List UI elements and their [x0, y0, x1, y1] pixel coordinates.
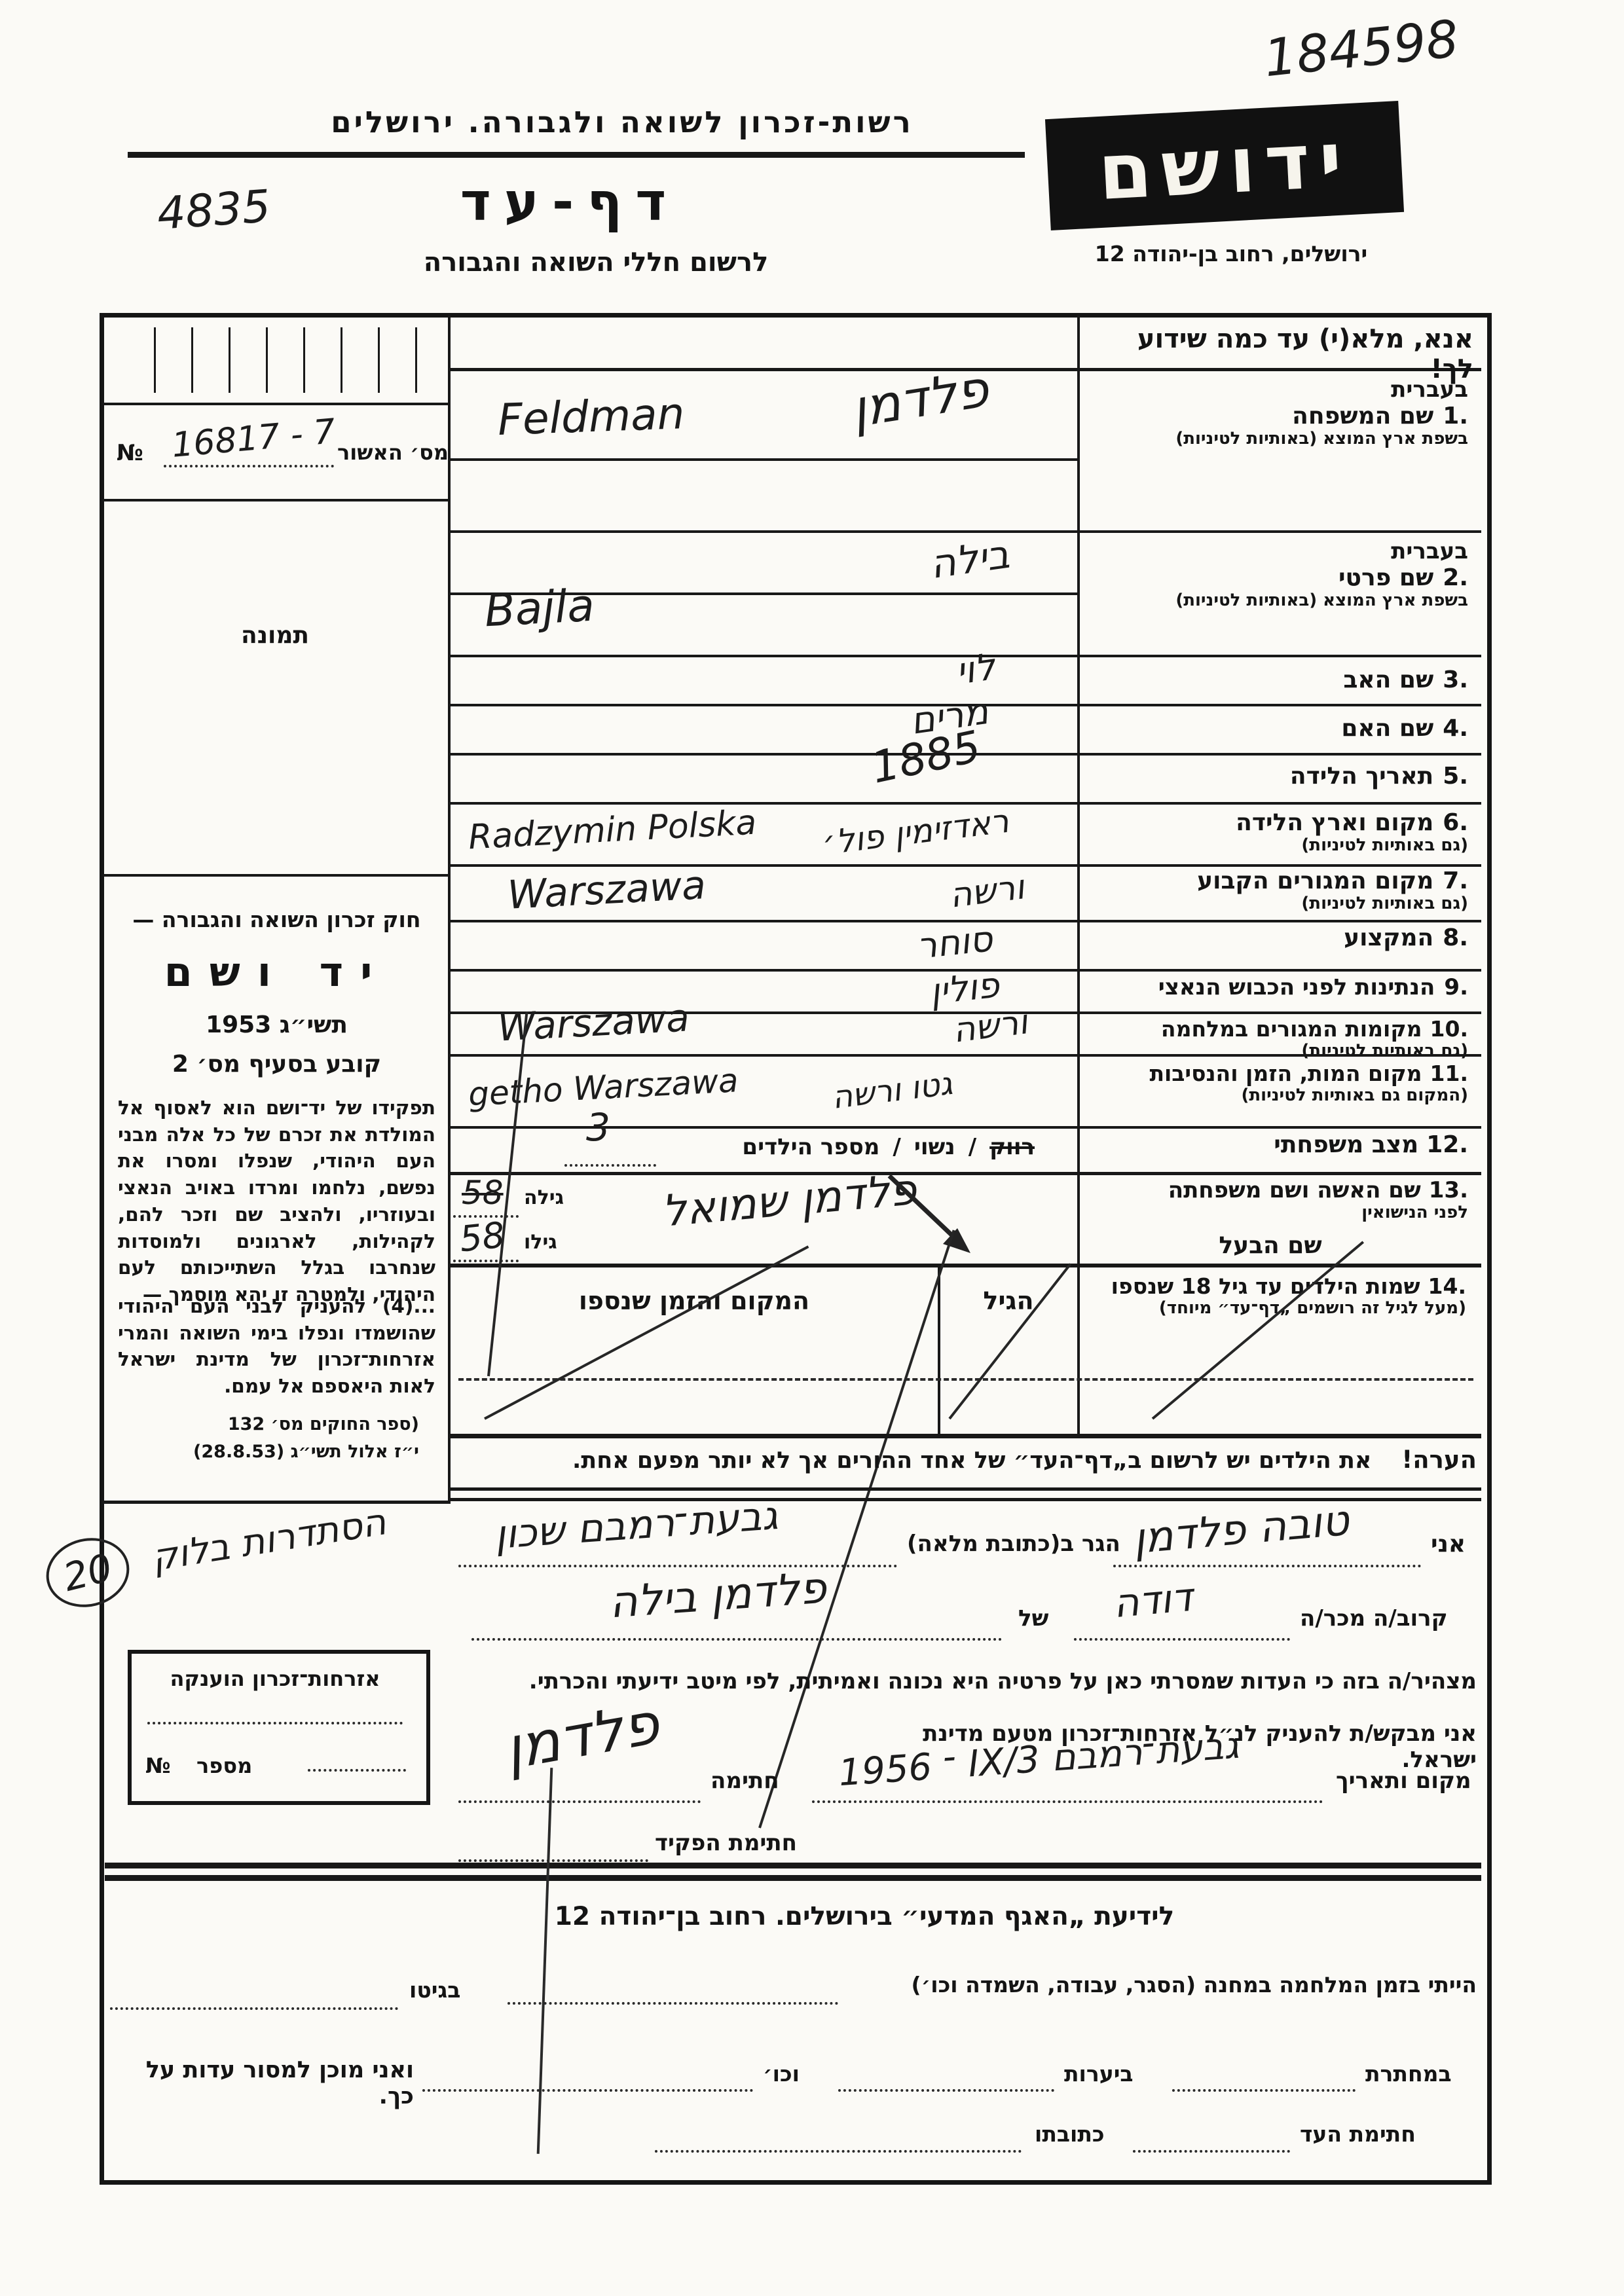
field-2-label: בעברית 2. שם פרטי בשפת ארץ המוצא (באותיו…: [1080, 538, 1479, 611]
entry-father-name: לוי: [953, 646, 998, 693]
tick-mark: [266, 327, 268, 393]
form-title: דף-עד: [432, 172, 707, 232]
witness-signature-label: חתימת העד: [1300, 2121, 1416, 2147]
field-14-title: שמות הילדים עד גיל 18 שנספו: [1111, 1273, 1420, 1299]
camp-line-label: הייתי בזמן המלחמה במחנה (הסגר, עבודה, הש…: [848, 1972, 1477, 1997]
etc-blank: [422, 2059, 753, 2092]
his-age-label: גילו: [524, 1231, 557, 1254]
her-age-label: גילה: [524, 1186, 564, 1209]
field-11-number: 11.: [1430, 1061, 1468, 1086]
etc-label: וכו׳: [763, 2061, 800, 2086]
ghetto-label: בגיטו: [409, 1977, 460, 2003]
forests-blank: [838, 2059, 1054, 2092]
field-7-label: 7. מקום המגורים הקבוע (גם באותיות לטיניו…: [1080, 867, 1479, 914]
witness-signature-blank: [1133, 2120, 1290, 2153]
law-year: תשי״ג 1953: [121, 1011, 432, 1038]
relative-label: קרוב/ה מכר/ה: [1300, 1605, 1448, 1631]
field-13-title: שם האשה ושם משפחתה: [1168, 1177, 1421, 1203]
field-1-sub: בשפת ארץ המוצא (באותיות לטיניות): [1080, 429, 1468, 449]
stamp-number-blank: [308, 1749, 406, 1772]
numero-sign: №: [117, 440, 143, 466]
entry-rule: [451, 802, 1481, 805]
table-row-separator: [458, 1378, 1473, 1381]
field-7-title: מקום המגורים הקבוע: [1197, 867, 1433, 894]
field-13-number: 13.: [1429, 1177, 1468, 1203]
field-2-title: שם פרטי: [1338, 564, 1433, 591]
field-1-title: שם המשפחה: [1292, 403, 1433, 429]
field-3-number: 3.: [1443, 666, 1468, 693]
law-reference: (ספר החוקים מס׳ 132: [131, 1414, 419, 1434]
field-11-title: מקום המות, הזמן והנסיבות: [1149, 1061, 1422, 1086]
entry-his-age: 58: [458, 1214, 507, 1260]
children-count-label: מספר הילדים: [742, 1134, 879, 1160]
field-12-title: מצב משפחתי: [1274, 1131, 1418, 1158]
field-5-label: 5. תאריך הלידה: [1080, 763, 1479, 790]
field-8-label: 8. המקצוע: [1080, 924, 1479, 951]
entry-her-age: 58: [462, 1174, 504, 1212]
field-11-label: 11. מקום המות, הזמן והנסיבות (המקום גם ב…: [1080, 1061, 1479, 1106]
entry-firstname-latin: Bajla: [483, 580, 596, 638]
field-9-label: 9. הנתינות לפני הכבוש הנאצי: [1080, 974, 1479, 1000]
law-body: תפקידו של יד־ושם הוא לאסוף אל המולדת את …: [118, 1095, 435, 1308]
field-10-title: מקומות המגורים במלחמה: [1161, 1016, 1422, 1042]
field-2-hebrew-tag: בעברית: [1080, 538, 1468, 564]
field-5-number: 5.: [1443, 763, 1468, 790]
entry-surname-latin: Feldman: [497, 388, 686, 445]
law-name: יד ושם: [121, 948, 432, 996]
left-panel-rule: [102, 499, 448, 501]
field-9-number: 9.: [1444, 974, 1468, 1000]
field-1-label: בעברית 1. שם המשפחה בשפת ארץ המוצא (באות…: [1080, 376, 1479, 449]
underground-label: במחתרת: [1365, 2061, 1452, 2086]
form-subtitle: לרשום חללי השואה והגבורה: [380, 247, 812, 278]
resides-at-label: הגר ב(כתובת מלאה): [907, 1531, 1120, 1557]
field-4-label: 4. שם האם: [1080, 715, 1479, 742]
handwritten-block-number: 20: [59, 1545, 117, 1600]
authority-name: רשות-זכרון לשואה ולגבורה. ירושלים: [216, 105, 1028, 139]
field-12-number: 12.: [1426, 1131, 1468, 1158]
table-col-place-time: המקום והזמן שנספו: [524, 1286, 864, 1315]
of-label: של: [1018, 1605, 1048, 1631]
declaration-statement: מצהיר/ה בזה כי העדות שמסרתי כאן על פרטיה…: [458, 1668, 1477, 1694]
entry-rule: [451, 864, 1481, 867]
field-3-label: 3. שם האב: [1080, 666, 1479, 693]
underground-blank: [1172, 2059, 1356, 2092]
ghetto-blank: [110, 1976, 398, 2010]
photo-label: תמונה: [216, 622, 334, 649]
field-5-title: תאריך הלידה: [1290, 763, 1433, 790]
children-count-blank: [564, 1138, 656, 1167]
law-title: חוק זכרון השואה והגבורה —: [121, 907, 432, 932]
entry-occupation: סוחר: [915, 918, 994, 967]
field-8-title: המקצוע: [1344, 924, 1433, 951]
field-6-sub: (גם באותיות לטיניות): [1080, 836, 1468, 856]
marital-single-option: רווק: [989, 1134, 1035, 1160]
marital-separator: /: [969, 1134, 976, 1160]
tick-mark: [303, 327, 305, 393]
table-column-divider: [1077, 1264, 1080, 1435]
section-divider: [105, 1875, 1481, 1881]
place-date-label: מקום ותאריך: [1336, 1768, 1471, 1794]
entry-rule: [451, 1054, 1481, 1057]
declaration-i-label: אני: [1431, 1531, 1466, 1558]
stamp-blank: [147, 1702, 403, 1724]
field-6-label: 6. מקום וארץ הלידה (גם באותיות לטיניות): [1080, 809, 1479, 856]
field-7-sub: (גם באותיות לטיניות): [1080, 894, 1468, 914]
arrow-annotation: [877, 1171, 989, 1269]
entry-children-count: 3: [586, 1105, 610, 1150]
law-reference-date: י״ז אלול תשי״ג (28.8.53): [131, 1442, 419, 1462]
clerk-signature-blank: [458, 1827, 648, 1862]
tick-mark: [229, 327, 231, 393]
tick-mark: [154, 327, 156, 393]
field-13-label: 13. שם האשה ושם משפחתה לפני הנישואין: [1080, 1177, 1479, 1223]
field-6-title: מקום וארץ הלידה: [1236, 809, 1433, 836]
signature-label: חתימה: [710, 1768, 779, 1794]
law-body-clause4: ‏...(4) להעניק לבני העם היהודי שהושמדו ו…: [118, 1293, 435, 1400]
yad-vashem-logo: ידושם: [1045, 101, 1404, 230]
field-6-number: 6.: [1443, 809, 1468, 836]
witness-address-label: כתובתו: [1035, 2121, 1105, 2147]
entry-rule: [451, 530, 1481, 533]
tick-mark: [415, 327, 417, 393]
field-8-number: 8.: [1443, 924, 1468, 951]
clerk-signature-label: חתימת הפקיד: [655, 1830, 797, 1856]
left-panel-divider: [448, 314, 451, 1504]
stamp-numero-sign: №: [145, 1753, 171, 1778]
field-2-sub: בשפת ארץ המוצא (באותיות לטיניות): [1080, 591, 1468, 611]
field-4-number: 4.: [1443, 715, 1468, 742]
field-10-sub: (גם באותיות לטיניות): [1080, 1042, 1468, 1061]
table-column-divider: [938, 1264, 940, 1435]
header-rule: [128, 152, 1025, 158]
note-text: את הילדים יש לרשום ב„דף־העד״ של אחד ההור…: [572, 1448, 1371, 1474]
witness-address-blank: [655, 2120, 1022, 2153]
section-divider: [105, 1863, 1481, 1868]
field-9-title: הנתינות לפני הכבוש הנאצי: [1158, 974, 1435, 1000]
field-14-number: 14.: [1428, 1273, 1466, 1299]
field-4-title: שם האם: [1341, 715, 1433, 742]
note-line: הערה! את הילדים יש לרשום ב„דף־העד״ של אח…: [458, 1446, 1477, 1474]
field-13-sub: לפני הנישואין: [1080, 1203, 1468, 1223]
entry-citizenship: פולין: [928, 964, 1001, 1013]
scientific-branch-title: לידיעת „האגף המדעי״ בירושלים. רחוב בן־יה…: [367, 1902, 1362, 1931]
left-panel-rule: [102, 403, 448, 405]
citizenship-granted-label: אזרחות־זכרון הוענקה: [134, 1666, 416, 1691]
handwritten-serial-number: 184598: [1261, 10, 1462, 89]
camp-blank: [507, 1971, 838, 2005]
tick-mark: [341, 327, 342, 393]
field-7-number: 7.: [1443, 867, 1468, 894]
table-top-rule: [451, 1264, 1481, 1267]
handwritten-relation: דודה: [1111, 1575, 1194, 1627]
field-10-number: 10.: [1430, 1016, 1468, 1042]
stamp-number-label: מספר: [196, 1753, 252, 1778]
double-rule: [448, 1487, 1481, 1491]
marital-separator: /: [893, 1134, 900, 1160]
tick-mark: [191, 327, 193, 393]
scanned-testimony-page: 184598 רשות-זכרון לשואה ולגבורה. ירושלים…: [0, 0, 1624, 2296]
marital-married-option: נשוי: [914, 1134, 955, 1160]
husband-name-label: שם הבעל: [1113, 1232, 1428, 1259]
field-12-label: 12. מצב משפחתי: [1080, 1131, 1479, 1158]
field-11-sub: (המקום גם באותיות לטיניות): [1080, 1086, 1468, 1106]
field-3-title: שם האב: [1343, 666, 1433, 693]
entry-rule: [451, 458, 1077, 461]
field-1-hebrew-tag: בעברית: [1080, 376, 1468, 403]
field-1-number: 1.: [1443, 403, 1468, 429]
handwritten-form-number: 4835: [155, 181, 272, 240]
approval-number-label: מס׳ האשור: [337, 440, 449, 465]
left-panel-bottom-rule: [102, 1501, 448, 1504]
ready-to-testify-text: ואני מוכן למסור עדות על כך.: [106, 2057, 414, 2109]
left-panel-rule: [102, 874, 448, 877]
note-label: הערה!: [1401, 1446, 1477, 1474]
table-bottom-rule: [451, 1434, 1481, 1438]
field-2-number: 2.: [1443, 564, 1468, 591]
forests-label: ביערות: [1064, 2061, 1134, 2086]
tick-mark: [378, 327, 380, 393]
logo-address: ירושלים, רחוב בן-יהודה 12: [1048, 241, 1414, 266]
law-clause: קובע בסעיף מס׳ 2: [121, 1051, 432, 1078]
fill-in-instruction: אנא, מלא(י) עד כמה שידוע לך!: [1087, 324, 1473, 384]
